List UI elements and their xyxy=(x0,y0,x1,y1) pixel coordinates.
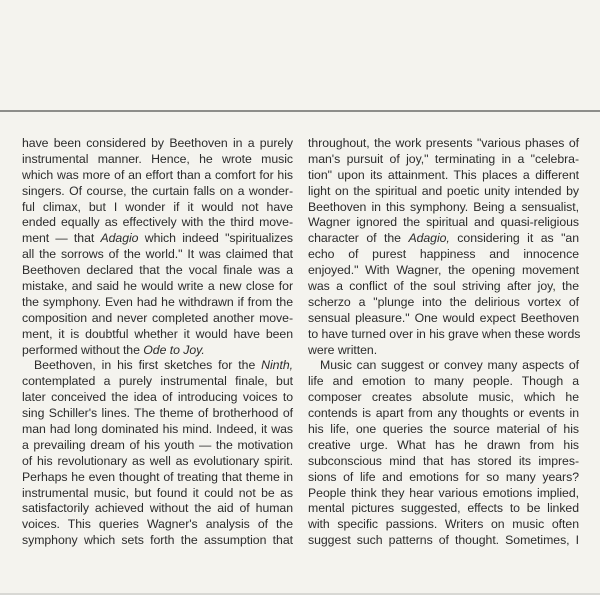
text-line: echo of purest happiness and innocence xyxy=(308,247,579,263)
body-text: with specific passions. Writers on music… xyxy=(308,517,579,531)
body-text: enjoyed." With Wagner, the opening movem… xyxy=(308,263,579,277)
text-line: ended equally as effectively with the th… xyxy=(22,215,293,231)
text-line: symphony which sets forth the assumption… xyxy=(22,533,293,549)
text-line: suggest such patterns of thought. Someti… xyxy=(308,533,579,549)
body-text: man's pursuit of joy," terminating in a … xyxy=(308,152,579,166)
body-text: a prevailing dream of his youth — the mo… xyxy=(22,438,293,452)
body-text: composition and never completed another … xyxy=(22,311,293,325)
body-text: Beethoven in this symphony. Being a sens… xyxy=(308,200,579,214)
body-text: ended equally as effectively with the th… xyxy=(22,215,293,229)
body-text: voices. This queries Wagner's analysis o… xyxy=(22,517,293,531)
body-text: have been considered by Beethoven in a p… xyxy=(22,136,293,150)
text-line: instrumental manner. Hence, he wrote mus… xyxy=(22,152,293,168)
text-line: were written. xyxy=(308,343,579,359)
italic-title-text: Ninth, xyxy=(261,358,293,372)
body-text: echo of purest happiness and innocence xyxy=(308,247,579,261)
text-line: ment, it is doubtful whether it would ha… xyxy=(22,327,293,343)
body-text: Beethoven declared that the vocal finale… xyxy=(22,263,293,277)
body-text: ful climax, but I wonder if it would not… xyxy=(22,200,293,214)
text-line: Music can suggest or convey many aspects… xyxy=(308,358,579,374)
text-line: ment — that Adagio which indeed "spiritu… xyxy=(22,231,293,247)
body-text: light on the spiritual and poetic unity … xyxy=(308,184,579,198)
text-line: throughout, the work presents "various p… xyxy=(308,136,579,152)
text-line: subconscious mind that has stored its im… xyxy=(308,454,579,470)
body-text: to have turned over in his grave when th… xyxy=(308,327,580,341)
italic-title-text: Ode to Joy. xyxy=(143,343,204,357)
body-text: performed without the xyxy=(22,343,143,357)
body-text: throughout, the work presents "various p… xyxy=(308,136,579,150)
text-line: man had long dominated his mind. Indeed,… xyxy=(22,422,293,438)
body-text: contends is apart from any thoughts or e… xyxy=(308,406,579,420)
text-line: tion" upon its attainment. This places a… xyxy=(308,168,579,184)
body-text: composer creates absolute music, which h… xyxy=(308,390,579,404)
body-text: Wagner ignored the spiritual and quasi-r… xyxy=(308,215,579,229)
text-line: contends is apart from any thoughts or e… xyxy=(308,406,579,422)
text-line: ful climax, but I wonder if it would not… xyxy=(22,200,293,216)
body-text: Beethoven, in his first sketches for the xyxy=(34,358,261,372)
text-line: singers. Of course, the curtain falls on… xyxy=(22,184,293,200)
text-line: creative urge. What has he drawn from hi… xyxy=(308,438,579,454)
text-line: all the sorrows of the world." It was cl… xyxy=(22,247,293,263)
body-text: later conceived the idea of introducing … xyxy=(22,390,293,404)
body-text: the symphony. Even had he withdrawn if f… xyxy=(22,295,293,309)
body-text: man had long dominated his mind. Indeed,… xyxy=(22,422,293,436)
text-line: with specific passions. Writers on music… xyxy=(308,517,579,533)
body-text: instrumental music, but found it could n… xyxy=(22,486,293,500)
body-text: ment — that xyxy=(22,231,100,245)
text-line: People think they hear various emotions … xyxy=(308,486,579,502)
body-text: his life, one queries the source materia… xyxy=(308,422,579,436)
body-text: which was more of an effort than a comfo… xyxy=(22,168,293,182)
text-line: Perhaps he even thought of treating that… xyxy=(22,470,293,486)
body-text: mental pictures suggested, effects to be… xyxy=(308,501,579,515)
text-line: performed without the Ode to Joy. xyxy=(22,343,293,359)
text-line: mental pictures suggested, effects to be… xyxy=(308,501,579,517)
text-line: man's pursuit of joy," terminating in a … xyxy=(308,152,579,168)
body-text: considering it as "an xyxy=(450,231,579,245)
body-text: all the sorrows of the world." It was cl… xyxy=(22,247,293,261)
body-text: character of the xyxy=(308,231,408,245)
text-line: mistake, and said he would write a new c… xyxy=(22,279,293,295)
text-line: later conceived the idea of introducing … xyxy=(22,390,293,406)
body-text: sensual pleasure." One would expect Beet… xyxy=(308,311,579,325)
italic-title-text: Adagio, xyxy=(408,231,449,245)
text-line: Wagner ignored the spiritual and quasi-r… xyxy=(308,215,579,231)
body-text: People think they hear various emotions … xyxy=(308,486,579,500)
body-text: was a conflict of the soul striving afte… xyxy=(308,279,579,293)
text-line: of his revolutionary as well as evolutio… xyxy=(22,454,293,470)
right-text-column: throughout, the work presents "various p… xyxy=(308,136,579,549)
text-line: a prevailing dream of his youth — the mo… xyxy=(22,438,293,454)
text-line: have been considered by Beethoven in a p… xyxy=(22,136,293,152)
body-text: mistake, and said he would write a new c… xyxy=(22,279,293,293)
body-text: suggest such patterns of thought. Someti… xyxy=(308,533,579,547)
text-line: was a conflict of the soul striving afte… xyxy=(308,279,579,295)
body-text: symphony which sets forth the assumption… xyxy=(22,533,293,547)
text-line: character of the Adagio, considering it … xyxy=(308,231,579,247)
body-text: contemplated a purely instrumental final… xyxy=(22,374,293,388)
body-text: were written. xyxy=(308,343,377,357)
body-text: instrumental manner. Hence, he wrote mus… xyxy=(22,152,293,166)
text-line: the symphony. Even had he withdrawn if f… xyxy=(22,295,293,311)
body-text: Perhaps he even thought of treating that… xyxy=(22,470,293,484)
text-line: satisfactorily achieved without the aid … xyxy=(22,501,293,517)
body-text: satisfactorily achieved without the aid … xyxy=(22,501,293,515)
left-text-column: have been considered by Beethoven in a p… xyxy=(22,136,293,549)
body-text: sions of life and emotions for so many y… xyxy=(308,470,579,484)
italic-title-text: Adagio xyxy=(100,231,138,245)
text-line: to have turned over in his grave when th… xyxy=(308,327,579,343)
body-text: singers. Of course, the curtain falls on… xyxy=(22,184,293,198)
text-line: scherzo a "plunge into the delirious vor… xyxy=(308,295,579,311)
body-text: of his revolutionary as well as evolutio… xyxy=(22,454,293,468)
text-line: instrumental music, but found it could n… xyxy=(22,486,293,502)
body-text: ment, it is doubtful whether it would ha… xyxy=(22,327,293,341)
text-line: life and emotion to many people. Though … xyxy=(308,374,579,390)
body-text: subconscious mind that has stored its im… xyxy=(308,454,579,468)
text-line: sions of life and emotions for so many y… xyxy=(308,470,579,486)
body-text: creative urge. What has he drawn from hi… xyxy=(308,438,579,452)
body-text: sing Schiller's lines. The theme of brot… xyxy=(22,406,293,420)
text-line: composition and never completed another … xyxy=(22,311,293,327)
text-line: Beethoven declared that the vocal finale… xyxy=(22,263,293,279)
text-line: enjoyed." With Wagner, the opening movem… xyxy=(308,263,579,279)
text-line: voices. This queries Wagner's analysis o… xyxy=(22,517,293,533)
body-text: life and emotion to many people. Though … xyxy=(308,374,579,388)
text-line: Beethoven in this symphony. Being a sens… xyxy=(308,200,579,216)
body-text: tion" upon its attainment. This places a… xyxy=(308,168,579,182)
text-line: Beethoven, in his first sketches for the… xyxy=(22,358,293,374)
body-text: which indeed "spiritualizes xyxy=(138,231,293,245)
text-line: contemplated a purely instrumental final… xyxy=(22,374,293,390)
text-line: which was more of an effort than a comfo… xyxy=(22,168,293,184)
text-line: his life, one queries the source materia… xyxy=(308,422,579,438)
text-line: sensual pleasure." One would expect Beet… xyxy=(308,311,579,327)
text-line: sing Schiller's lines. The theme of brot… xyxy=(22,406,293,422)
body-text: Music can suggest or convey many aspects… xyxy=(320,358,579,372)
text-line: light on the spiritual and poetic unity … xyxy=(308,184,579,200)
text-line: composer creates absolute music, which h… xyxy=(308,390,579,406)
horizontal-rule xyxy=(0,110,600,112)
body-text: scherzo a "plunge into the delirious vor… xyxy=(308,295,579,309)
